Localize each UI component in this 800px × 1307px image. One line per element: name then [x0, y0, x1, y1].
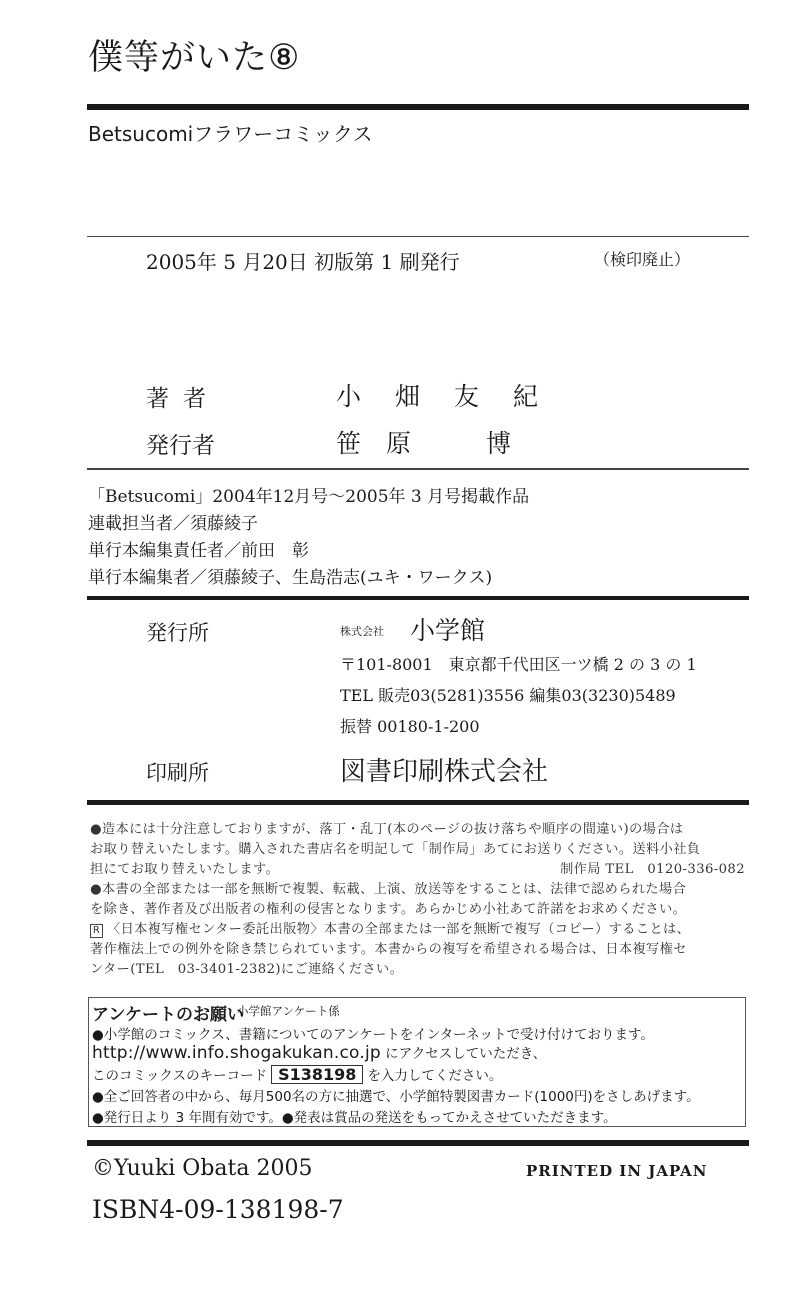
copyright: ©Yuuki Obata 2005: [92, 1156, 312, 1181]
isbn: ISBN4-09-138198-7: [92, 1195, 344, 1224]
keycode-suffix: を入力してください。: [367, 1068, 502, 1084]
divider: [87, 236, 749, 237]
printed-in-japan: PRINTED IN JAPAN: [526, 1162, 708, 1180]
keycode-box: S138198: [271, 1065, 363, 1084]
survey-line: ●小学館のコミックス、書籍についてのアンケートをインターネットで受け付けておりま…: [92, 1023, 654, 1043]
author-label: 著者: [146, 380, 220, 413]
survey-url-link[interactable]: http://www.info.shogakukan.co.jp: [92, 1043, 381, 1063]
notice-line: 担にてお取り替えいたします。: [90, 858, 279, 877]
series-name: Betsucomiフラワーコミックス: [88, 118, 373, 147]
company-type: 株式会社: [340, 623, 384, 639]
production-phone: 制作局 TEL 0120-336-082: [560, 858, 745, 877]
r-mark-icon: R: [90, 924, 103, 938]
survey-url-suffix: にアクセスしていただき、: [385, 1046, 546, 1062]
notice-line: 〈日本複写権センター委託出版物〉本書の全部または一部を無断で複写（コピー）するこ…: [107, 922, 690, 937]
notice-line: ●造本には十分注意しておりますが、落丁・乱丁(本のページの抜け落ちや順序の間違い…: [90, 818, 683, 837]
chief-editor: 単行本編集責任者／前田 彰: [88, 536, 309, 561]
publisher-label: 発行者: [146, 427, 215, 460]
divider: [87, 800, 749, 805]
publishing-office-label: 発行所: [146, 617, 209, 647]
company-address: 〒101-8001 東京都千代田区一ツ橋 2 の 3 の 1: [340, 652, 697, 675]
postal-transfer: 振替 00180-1-200: [340, 714, 480, 737]
company-phone: TEL 販売03(5281)3556 編集03(3230)5489: [340, 683, 676, 706]
company-name: 小学館: [410, 611, 485, 647]
notice-line: お取り替えいたします。購入された書店名を明記して「制作局」あてにお送りください。…: [90, 838, 700, 857]
header-rule: [87, 104, 749, 110]
printing-office-label: 印刷所: [146, 757, 209, 787]
divider: [87, 468, 749, 470]
book-title: 僕等がいた⑧: [88, 30, 300, 80]
notice-line: 著作権法上での例外を除き禁じられています。本書からの複写を希望される場合は、日本…: [90, 938, 687, 957]
keycode-prefix: このコミックスのキーコード: [92, 1068, 267, 1084]
stamp-abolished-note: （検印廃止）: [594, 247, 690, 270]
survey-line: ●全ご回答者の中から、毎月500名の方に抽選で、小学館特製図書カード(1000円…: [92, 1085, 700, 1105]
serial-editor: 連載担当者／須藤綾子: [88, 509, 258, 534]
serialization-source: 「Betsucomi」2004年12月号〜2005年 3 月号掲載作品: [88, 482, 529, 507]
notice-line: を除き、著作者及び出版者の権利の侵害となります。あらかじめ小社あて許諾をお求めく…: [90, 898, 686, 917]
divider: [87, 596, 749, 600]
survey-department: 小学館アンケート係: [237, 1003, 340, 1019]
divider: [87, 1140, 749, 1146]
printer-name: 図書印刷株式会社: [340, 751, 548, 788]
notice-line: ●本書の全部または一部を無断で複製、転載、上演、放送等をすることは、法律で認めら…: [90, 878, 686, 897]
survey-line: ●発行日より 3 年間有効です。●発表は賞品の発送をもってかえさせていただきます…: [92, 1106, 617, 1126]
author-name: 小畑友紀: [336, 377, 572, 413]
survey-title: アンケートのお願い: [92, 1000, 244, 1025]
notice-line: ンター(TEL 03-3401-2382)にご連絡ください。: [90, 958, 403, 977]
publisher-name: 笹 原 博: [336, 424, 511, 460]
publication-date: 2005年 5 月20日 初版第 1 刷発行: [146, 246, 460, 275]
volume-editors: 単行本編集者／須藤綾子、生島浩志(ユキ・ワークス): [88, 563, 492, 588]
